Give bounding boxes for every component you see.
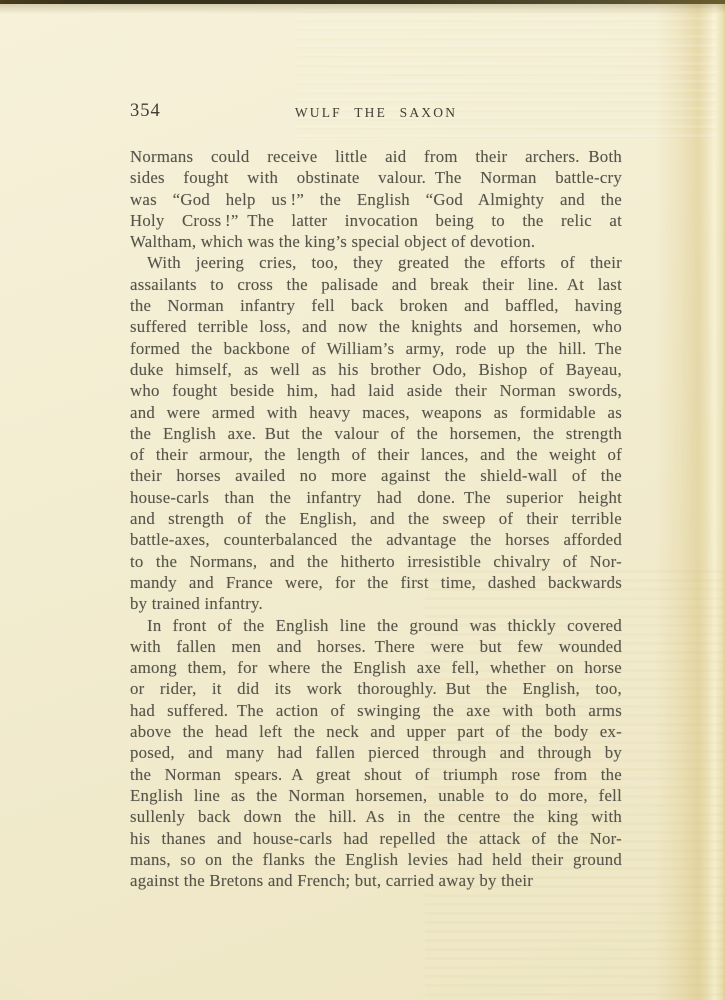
text-line: posed, and many had fallen pierced throu… (130, 742, 622, 763)
text-line: by trained infantry. (130, 593, 622, 614)
running-title: WULF THE SAXON (130, 105, 622, 121)
text-line: the English axe. But the valour of the h… (130, 423, 622, 444)
text-line: formed the backbone of William’s army, r… (130, 338, 622, 359)
text-line: the Norman spears. A great shout of triu… (130, 764, 622, 785)
text-line: battle-axes, counterbalanced the advanta… (130, 529, 622, 550)
text-line: was “God help us !” the English “God Alm… (130, 189, 622, 210)
text-line: with fallen men and horses. There were b… (130, 636, 622, 657)
text-line: sullenly back down the hill. As in the c… (130, 806, 622, 827)
text-line: against the Bretons and French; but, car… (130, 870, 622, 891)
text-line: Waltham, which was the king’s special ob… (130, 231, 622, 252)
text-line: mans, so on the flanks the English levie… (130, 849, 622, 870)
text-line: his thanes and house-carls had repelled … (130, 828, 622, 849)
text-line: the Norman infantry fell back broken and… (130, 295, 622, 316)
text-line: house-carls than the infantry had done. … (130, 487, 622, 508)
text-line: among them, for where the English axe fe… (130, 657, 622, 678)
page-edge-top (0, 0, 725, 4)
text-line: Normans could receive little aid from th… (130, 146, 622, 167)
paragraph: In front of the English line the ground … (130, 615, 622, 892)
running-header: 354 WULF THE SAXON (130, 101, 622, 125)
page-edge-left (0, 0, 8, 1000)
text-line: suffered terrible loss, and now the knig… (130, 316, 622, 337)
text-line: sides fought with obstinate valour. The … (130, 167, 622, 188)
text-line: and were armed with heavy maces, weapons… (130, 402, 622, 423)
text-line: had suffered. The action of swinging the… (130, 700, 622, 721)
paragraph: Normans could receive little aid from th… (130, 146, 622, 252)
text-line: With jeering cries, too, they greated th… (130, 252, 622, 273)
text-line: English line as the Norman horsemen, una… (130, 785, 622, 806)
page-edge-top-shadow (0, 4, 725, 14)
text-line: In front of the English line the ground … (130, 615, 622, 636)
text-line: and strength of the English, and the swe… (130, 508, 622, 529)
text-line: who fought beside him, had laid aside th… (130, 380, 622, 401)
text-line: duke himself, as well as his brother Odo… (130, 359, 622, 380)
text-line: above the head left the neck and upper p… (130, 721, 622, 742)
text-line: assailants to cross the palisade and bre… (130, 274, 622, 295)
text-line: to the Normans, and the hitherto irresis… (130, 551, 622, 572)
text-line: their horses availed no more against the… (130, 465, 622, 486)
text-line: Holy Cross !” The latter invocation bein… (130, 210, 622, 231)
book-page: 354 WULF THE SAXON Normans could receive… (0, 0, 725, 1000)
text-line: of their armour, the length of their lan… (130, 444, 622, 465)
paragraph: With jeering cries, too, they greated th… (130, 252, 622, 614)
body-text: Normans could receive little aid from th… (130, 146, 622, 891)
text-line: or rider, it did its work thoroughly. Bu… (130, 678, 622, 699)
text-line: mandy and France were, for the first tim… (130, 572, 622, 593)
